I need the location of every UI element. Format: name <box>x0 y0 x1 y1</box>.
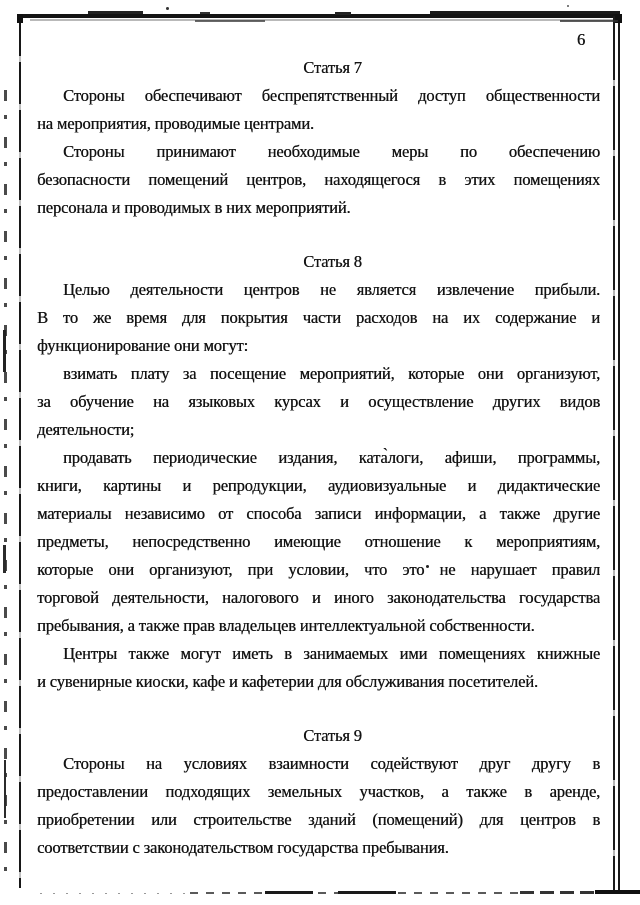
scan-artifact <box>430 11 620 14</box>
scan-speck <box>166 7 169 10</box>
paragraph: взимать плату за посещение мероприятий, … <box>37 360 600 444</box>
article-heading: Статья 9 <box>51 722 614 750</box>
text-line: функционирование они могут: <box>37 332 600 360</box>
article-heading: Статья 7 <box>51 54 614 82</box>
text-line: материалы независимо от способа записи и… <box>37 500 600 528</box>
scan-artifact <box>560 20 618 22</box>
text-line: предоставлении подходящих земельных учас… <box>37 778 600 806</box>
text-line: предметы, непосредственно имеющие отноше… <box>37 528 600 556</box>
scan-artifact <box>3 330 6 372</box>
document-body: Статья 7Стороны обеспечивают беспрепятст… <box>37 54 600 862</box>
text-line: торговой деятельности, налогового и иног… <box>37 584 600 612</box>
text-line: деятельности; <box>37 416 600 444</box>
scan-artifact <box>335 12 351 15</box>
scan-artifact <box>200 12 210 14</box>
scan-speck <box>567 5 569 7</box>
text-line: пребывания, а также прав владельцев инте… <box>37 612 600 640</box>
text-line: безопасности помещений центров, находяще… <box>37 166 600 194</box>
text-line: на мероприятия, проводимые центрами. <box>37 110 600 138</box>
paragraph: Центры также могут иметь в занимаемых им… <box>37 640 600 696</box>
paragraph: Стороны на условиях взаимности содейству… <box>37 750 600 862</box>
text-line: приобретении или строительстве зданий (п… <box>37 806 600 834</box>
page-border-bottom-dashed <box>40 893 190 894</box>
scan-artifact <box>88 11 143 14</box>
text-line: которые они организуют, при условии, что… <box>37 556 600 584</box>
scanned-document-page: 6 Статья 7Стороны обеспечивают беспрепят… <box>0 0 640 905</box>
scan-artifact <box>4 760 6 818</box>
text-line: взимать плату за посещение мероприятий, … <box>37 360 600 388</box>
document-content: 6 Статья 7Стороны обеспечивают беспрепят… <box>37 26 600 862</box>
page-border-top <box>18 14 622 18</box>
scan-artifact <box>195 20 265 22</box>
paragraph: Стороны принимают необходимые меры по об… <box>37 138 600 222</box>
text-line: персонала и проводимых в них мероприятий… <box>37 194 600 222</box>
page-border-right-inner <box>613 16 615 890</box>
text-line: Стороны принимают необходимые меры по об… <box>37 138 600 166</box>
scan-artifact <box>595 890 640 894</box>
text-line: книги, картины и репродукции, аудиовизуа… <box>37 472 600 500</box>
scan-artifact <box>265 891 313 894</box>
paragraph: Целью деятельности центров не является и… <box>37 276 600 360</box>
paragraph: продавать периодические издания, ката̀ло… <box>37 444 600 640</box>
scan-artifact <box>338 891 396 894</box>
text-line: Центры также могут иметь в занимаемых им… <box>37 640 600 668</box>
page-border-top-shadow <box>30 19 618 21</box>
text-line: Стороны на условиях взаимности содейству… <box>37 750 600 778</box>
text-line: В то же время для покрытия части расходо… <box>37 304 600 332</box>
page-number: 6 <box>37 26 600 54</box>
text-line: и сувенирные киоски, кафе и кафетерии дл… <box>37 668 600 696</box>
text-line: соответствии с законодательством государ… <box>37 834 600 862</box>
text-line: за обучение на языковых курсах и осущест… <box>37 388 600 416</box>
paragraph: Стороны обеспечивают беспрепятственный д… <box>37 82 600 138</box>
article-heading: Статья 8 <box>51 248 614 276</box>
text-line: Стороны обеспечивают беспрепятственный д… <box>37 82 600 110</box>
page-border-right-outer <box>618 14 620 894</box>
border-corner-top-left <box>17 14 23 23</box>
page-border-left <box>19 14 21 888</box>
text-line: Целью деятельности центров не является и… <box>37 276 600 304</box>
scan-artifact <box>3 545 6 573</box>
text-line: продавать периодические издания, ката̀ло… <box>37 444 600 472</box>
